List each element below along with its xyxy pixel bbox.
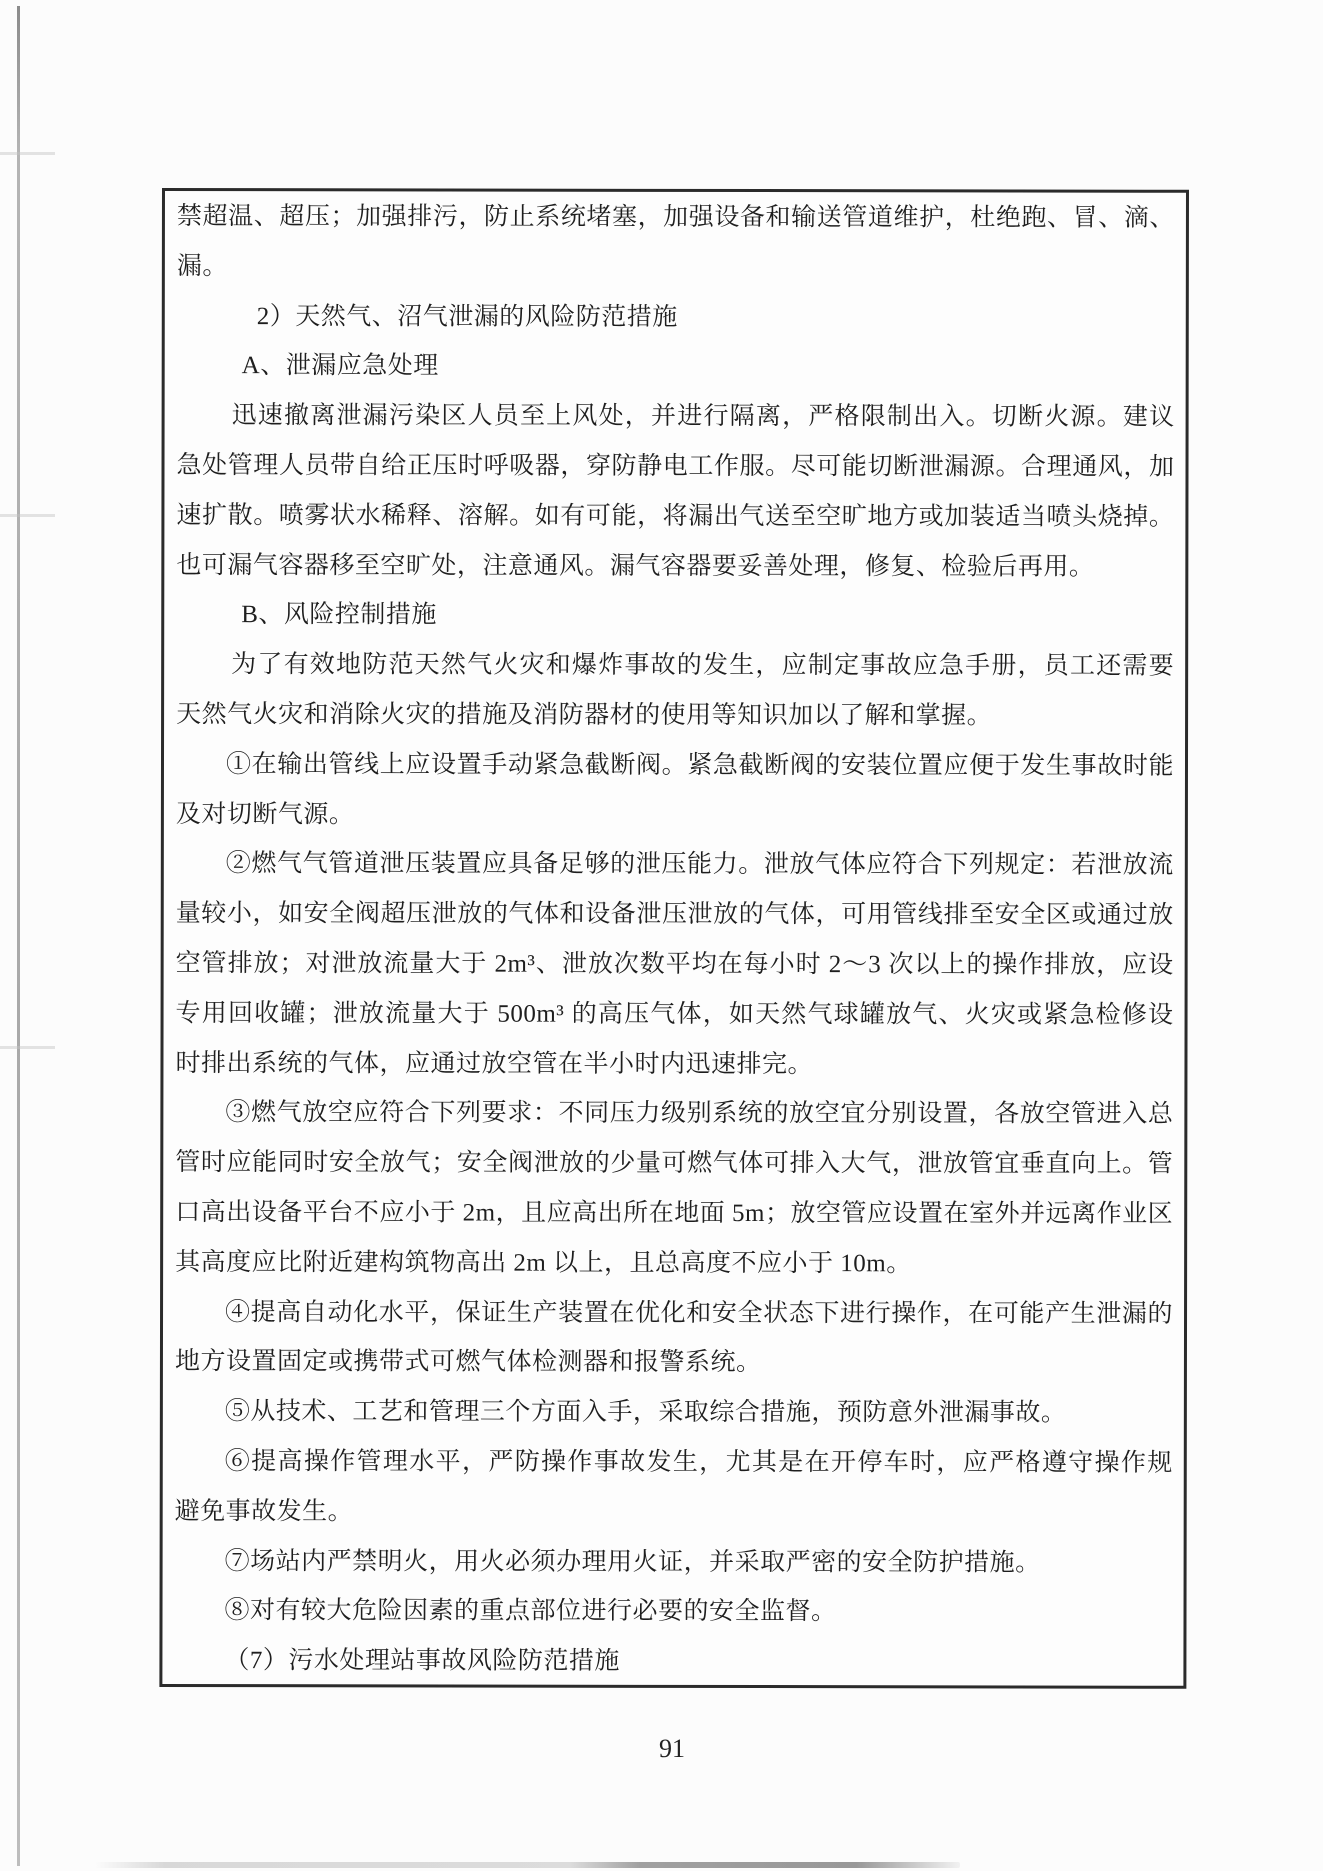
text-line: ⑥提高操作管理水平，严防操作事故发生，尤其是在开停车时，应严格遵守操作规程，	[175, 1437, 1173, 1489]
text-line: 管时应能同时安全放气；安全阀泄放的少量可燃气体可排入大气，泄放管宜垂直向上。管	[175, 1138, 1173, 1190]
text-line: ⑤从技术、工艺和管理三个方面入手，采取综合措施，预防意外泄漏事故。	[175, 1387, 1173, 1439]
page-number: 91	[630, 1734, 714, 1764]
text-line: ②燃气气管道泄压装置应具备足够的泄压能力。泄放气体应符合下列规定：若泄放流	[176, 839, 1174, 891]
text-line: B、风险控制措施	[176, 590, 1174, 642]
text-line: 时排出系统的气体，应通过放空管在半小时内迅速排完。	[175, 1039, 1173, 1091]
text-line: 避免事故发生。	[175, 1487, 1173, 1539]
text-line: 迅速撤离泄漏污染区人员至上风处，并进行隔离，严格限制出入。切断火源。建议应	[177, 391, 1175, 443]
text-line: 速扩散。喷雾状水稀释、溶解。如有可能，将漏出气送至空旷地方或加装适当喷头烧掉。	[176, 491, 1174, 543]
text-line: 空管排放；对泄放流量大于 2m³、泄放次数平均在每小时 2～3 次以上的操作排放…	[176, 939, 1174, 991]
scan-edge-line	[17, 6, 20, 1866]
text-line: ①在输出管线上应设置手动紧急截断阀。紧急截断阀的安装位置应便于发生事故时能	[176, 740, 1174, 792]
text-line: 其高度应比附近建构筑物高出 2m 以上，且总高度不应小于 10m。	[175, 1238, 1173, 1290]
text-line: 为了有效地防范天然气火灾和爆炸事故的发生，应制定事故应急手册，员工还需要对	[176, 640, 1174, 692]
scan-margin-mark	[0, 514, 55, 517]
text-line: 口高出设备平台不应小于 2m，且应高出所在地面 5m；放空管应设置在室外并远离作…	[175, 1188, 1173, 1240]
text-line: ④提高自动化水平，保证生产装置在优化和安全状态下进行操作，在可能产生泄漏的	[175, 1288, 1173, 1340]
document-frame: 禁超温、超压；加强排污，防止系统堵塞，加强设备和输送管道维护，杜绝跑、冒、滴、漏…	[159, 188, 1189, 1689]
text-line: ⑦场站内严禁明火，用火必须办理用火证，并采取严密的安全防护措施。	[175, 1537, 1173, 1589]
text-line: 专用回收罐；泄放流量大于 500m³ 的高压气体，如天然气球罐放气、火灾或紧急检…	[176, 989, 1174, 1041]
text-line: 也可漏气容器移至空旷处，注意通风。漏气容器要妥善处理，修复、检验后再用。	[176, 541, 1174, 593]
text-line: 漏。	[177, 242, 1175, 294]
text-line: 地方设置固定或携带式可燃气体检测器和报警系统。	[175, 1337, 1173, 1389]
text-line: ⑧对有较大危险因素的重点部位进行必要的安全监督。	[174, 1586, 1172, 1638]
text-line: 及对切断气源。	[176, 790, 1174, 842]
text-line: 禁超温、超压；加强排污，防止系统堵塞，加强设备和输送管道维护，杜绝跑、冒、滴、	[177, 192, 1175, 244]
text-line: 2）天然气、沼气泄漏的风险防范措施	[177, 292, 1175, 344]
text-line: 急处管理人员带自给正压时呼吸器，穿防静电工作服。尽可能切断泄漏源。合理通风，加	[176, 441, 1174, 493]
scan-margin-mark	[0, 152, 55, 155]
text-line: （7）污水处理站事故风险防范措施	[174, 1636, 1172, 1688]
document-body: 禁超温、超压；加强排污，防止系统堵塞，加强设备和输送管道维护，杜绝跑、冒、滴、漏…	[174, 192, 1175, 1688]
text-line: 天然气火灾和消除火灾的措施及消防器材的使用等知识加以了解和掌握。	[176, 690, 1174, 742]
text-line: ③燃气放空应符合下列要求：不同压力级别系统的放空宜分别设置，各放空管进入总	[175, 1088, 1173, 1140]
text-line: 量较小，如安全阀超压泄放的气体和设备泄压泄放的气体，可用管线排至安全区或通过放	[176, 889, 1174, 941]
text-line: A、泄漏应急处理	[177, 341, 1175, 393]
scan-margin-mark	[0, 1046, 55, 1049]
scan-bottom-smudge	[95, 1862, 960, 1868]
